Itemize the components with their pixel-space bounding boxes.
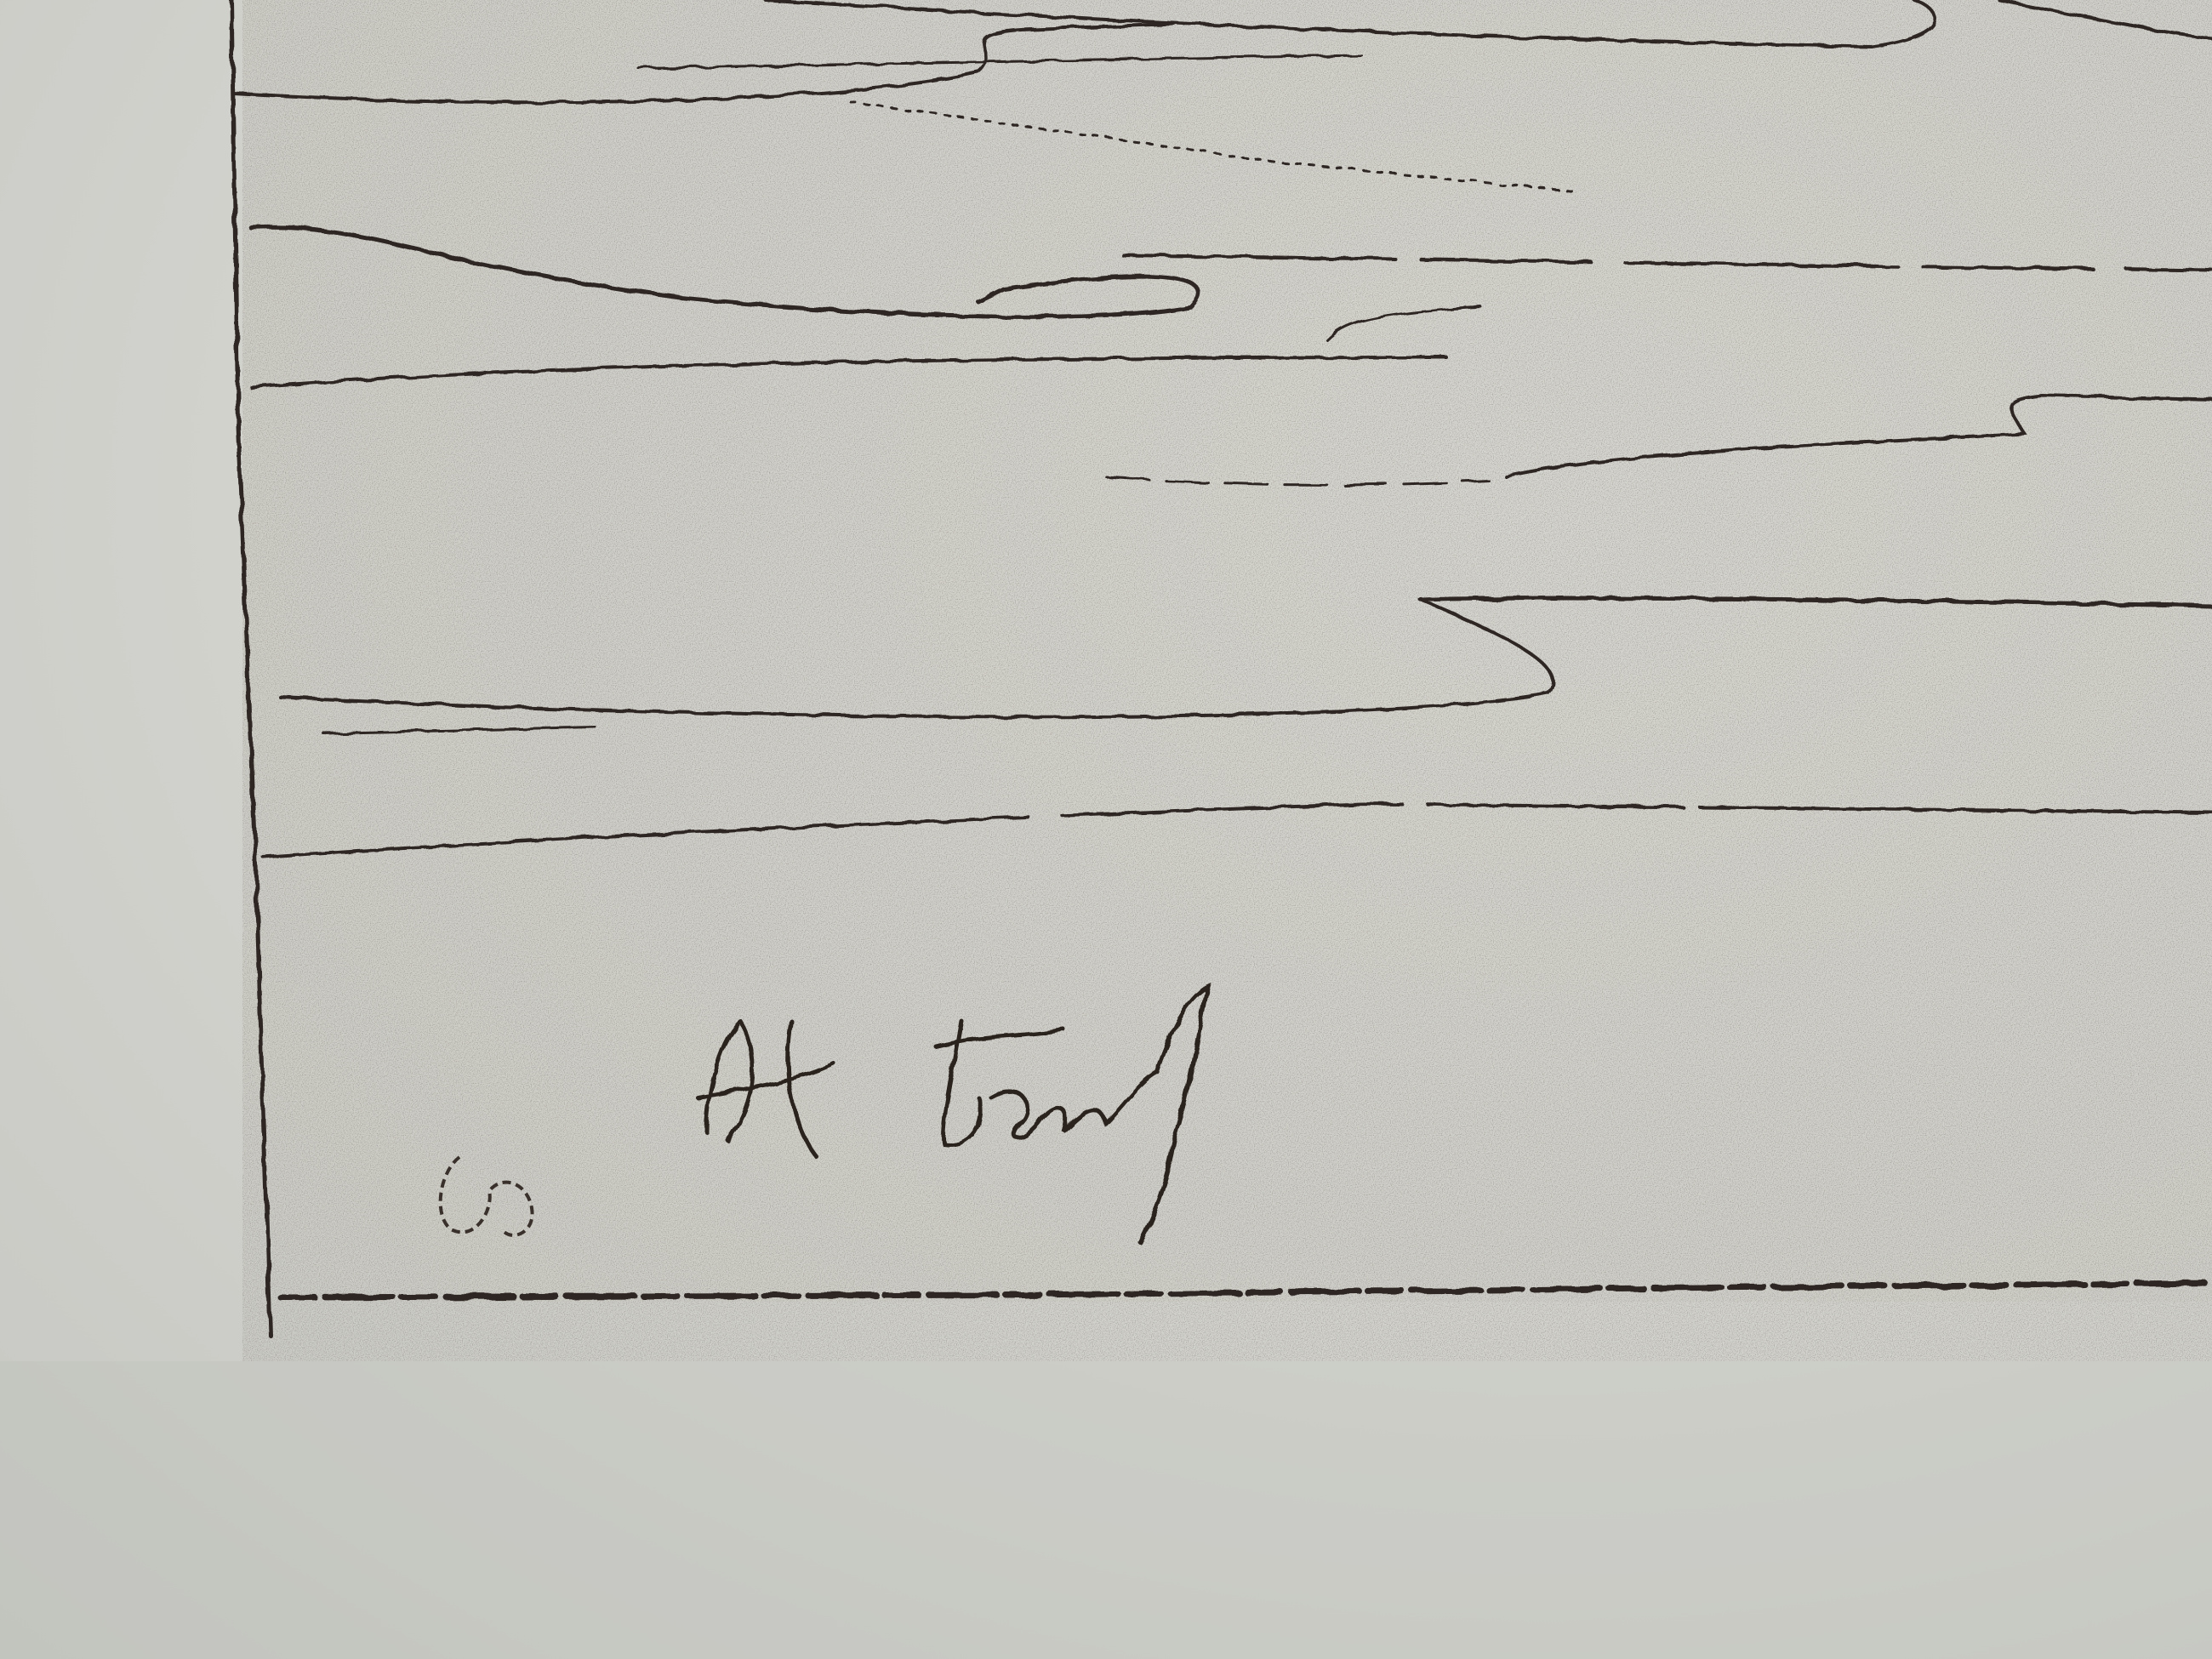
etching-artwork [0, 0, 2212, 1659]
etching-photograph: H. Beuf ω [0, 0, 2212, 1659]
